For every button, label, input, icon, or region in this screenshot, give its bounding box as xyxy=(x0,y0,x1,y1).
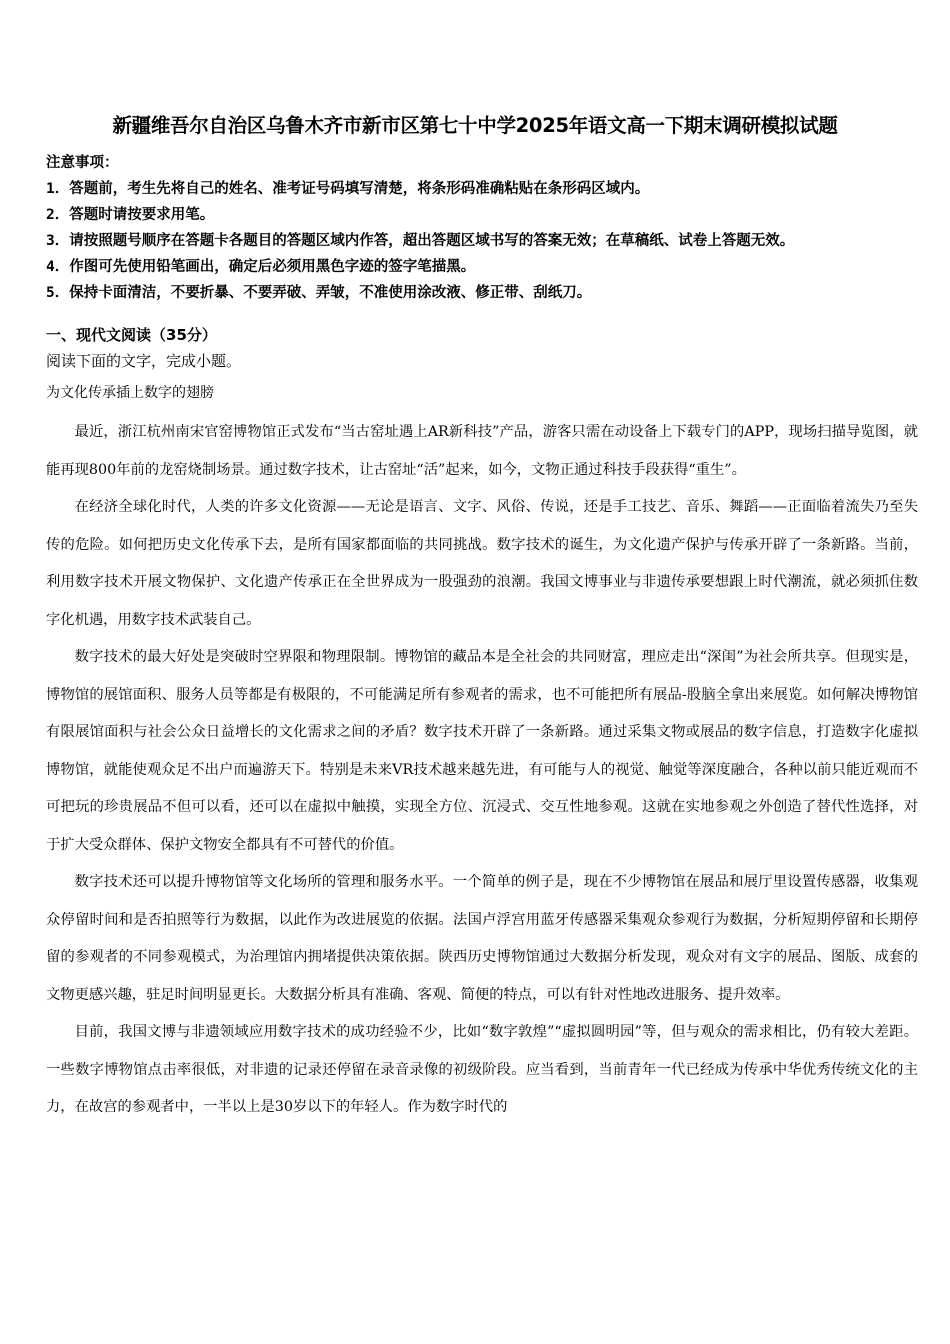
article-paragraph: 目前，我国文博与非遗领域应用数字技术的成功经验不少，比如“数字敦煌”“虚拟圆明园… xyxy=(46,1014,918,1127)
article-paragraph: 数字技术的最大好处是突破时空界限和物理限制。博物馆的藏品本是全社会的共同财富，理… xyxy=(46,639,918,864)
notice-item: 3．请按照题号顺序在答题卡各题目的答题区域内作答，超出答题区域书写的答案无效；在… xyxy=(46,228,926,254)
notice-item: 5．保持卡面清洁，不要折暴、不要弄破、弄皱，不准使用涂改液、修正带、刮纸刀。 xyxy=(46,280,926,306)
article-paragraph: 在经济全球化时代，人类的许多文化资源——无论是语言、文字、风俗、传说，还是手工技… xyxy=(46,489,918,639)
document-page: 新疆维吾尔自治区乌鲁木齐市新市区第七十中学2025年语文高一下期末调研模拟试题 … xyxy=(0,0,950,1344)
notice-block: 注意事项： 1．答题前，考生先将自己的姓名、准考证号码填写清楚，将条形码准确粘贴… xyxy=(46,150,926,306)
article-body: 最近，浙江杭州南宋官窑博物馆正式发布“当古窑址遇上AR新科技”产品，游客只需在动… xyxy=(46,414,918,1127)
article-paragraph: 数字技术还可以提升博物馆等文化场所的管理和服务水平。一个简单的例子是，现在不少博… xyxy=(46,864,918,1014)
notice-item: 2．答题时请按要求用笔。 xyxy=(46,202,926,228)
section-instruction: 阅读下面的文字，完成小题。 xyxy=(46,350,241,372)
article-paragraph: 最近，浙江杭州南宋官窑博物馆正式发布“当古窑址遇上AR新科技”产品，游客只需在动… xyxy=(46,414,918,489)
notice-item: 4．作图可先使用铅笔画出，确定后必须用黑色字迹的签字笔描黑。 xyxy=(46,254,926,280)
exam-title: 新疆维吾尔自治区乌鲁木齐市新市区第七十中学2025年语文高一下期末调研模拟试题 xyxy=(0,112,950,140)
article-title: 为文化传承插上数字的翅膀 xyxy=(46,382,214,404)
section-heading: 一、现代文阅读（35分） xyxy=(46,324,217,346)
notice-heading: 注意事项： xyxy=(46,150,926,176)
notice-item: 1．答题前，考生先将自己的姓名、准考证号码填写清楚，将条形码准确粘贴在条形码区域… xyxy=(46,176,926,202)
